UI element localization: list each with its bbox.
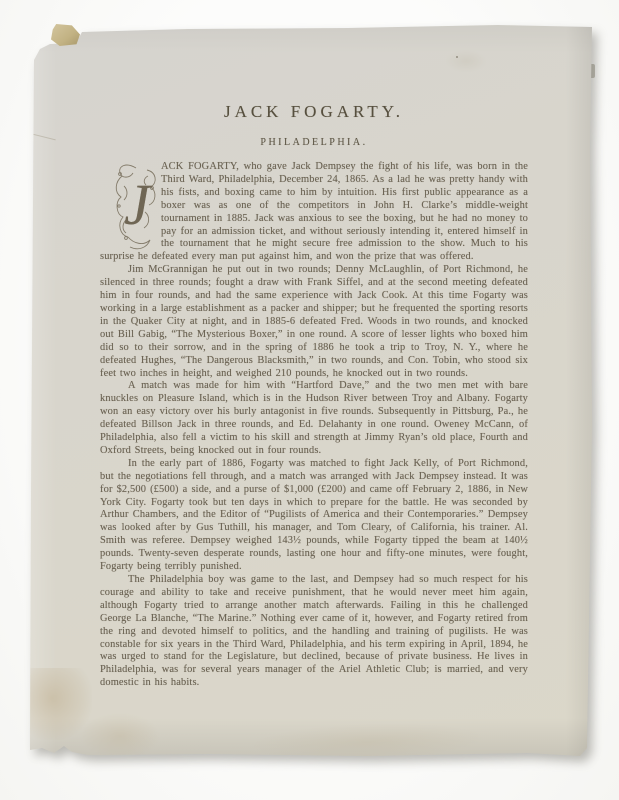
paper-stain	[20, 668, 92, 740]
document-page: JACK FOGARTY. PHILADELPHIA.	[28, 24, 594, 762]
paper-stain	[80, 712, 160, 760]
drop-cap-letter: J	[124, 172, 153, 237]
body-paragraph: The Philadelphia boy was game to the las…	[100, 574, 528, 690]
body-paragraph: Jim McGrannigan he put out in two rounds…	[100, 264, 528, 380]
paper-stain	[252, 720, 483, 764]
document-page-wrap: JACK FOGARTY. PHILADELPHIA.	[28, 24, 594, 762]
drop-cap-initial: J	[114, 162, 158, 250]
paper-speck	[456, 56, 458, 58]
paragraph-text: ACK FOGARTY, who gave Jack Dempsey the f…	[100, 161, 528, 262]
paper-stain	[446, 50, 486, 72]
body-paragraph: J ACK FOGARTY, who gave Jack Dempsey the…	[100, 161, 528, 264]
document-subtitle: PHILADELPHIA.	[100, 137, 528, 148]
document-title: JACK FOGARTY.	[100, 102, 528, 122]
body-paragraph: A match was made for him with “Hartford …	[100, 380, 528, 457]
paper-crease	[28, 133, 55, 141]
drop-cap-ornament: J	[114, 162, 158, 250]
body-paragraph: In the early part of 1886, Fogarty was m…	[100, 458, 528, 574]
printed-content: JACK FOGARTY. PHILADELPHIA.	[100, 94, 528, 690]
photo-background: { "photo": { "background_color": "#fafaf…	[0, 0, 619, 800]
article-body: J ACK FOGARTY, who gave Jack Dempsey the…	[100, 161, 528, 690]
